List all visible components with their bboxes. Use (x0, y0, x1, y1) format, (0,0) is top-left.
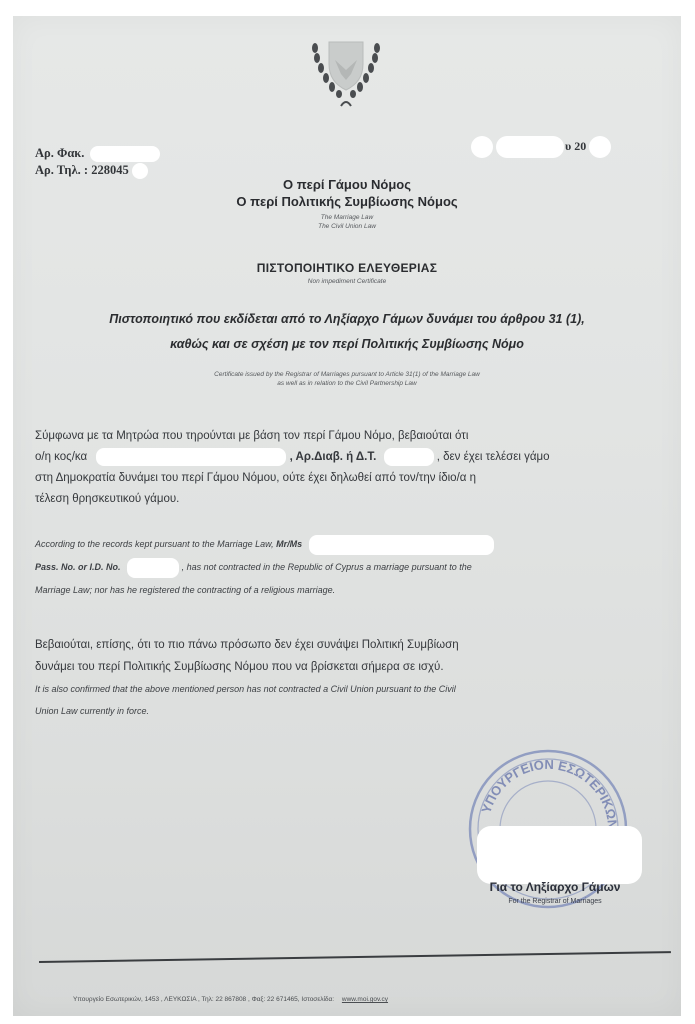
civil-union-law-title-en: The Civil Union Law (13, 223, 681, 230)
person-title-label: ο/η κος/κα (35, 451, 87, 463)
redacted-date-month (496, 136, 564, 158)
statement-line: Βεβαιούται, επίσης, ότι το πιο πάνω πρόσ… (35, 634, 665, 656)
file-number: Αρ. Φακ. (35, 146, 160, 162)
telephone-label: Αρ. Τηλ. (35, 163, 81, 177)
footer-contact: Υπουργείο Εσωτερικών, 1453 , ΛΕΥΚΩΣΙΑ , … (73, 996, 653, 1003)
statement-line: δυνάμει του περί Πολιτικής Συμβίωσης Νόμ… (35, 656, 665, 678)
certificate-title: ΠΙΣΤΟΠΟΙΗΤΙΚΟ ΕΛΕΥΘΕΡΙΑΣ (13, 261, 681, 275)
file-number-label: Αρ. Φακ. (35, 146, 84, 160)
marriage-law-title: Ο περί Γάμου Νόμος (13, 177, 681, 192)
passport-id-label-en: Pass. No. or I.D. No. (35, 562, 121, 572)
greek-marriage-statement: Σύμφωνα με τα Μητρώα που τηρούνται με βά… (35, 426, 665, 510)
redacted-signature (477, 826, 642, 884)
statement-line: According to the records kept pursuant t… (35, 533, 665, 556)
marriage-law-title-en: The Marriage Law (13, 214, 681, 221)
footer-website-link[interactable]: www.moi.gov.cy (342, 996, 388, 1003)
redacted-passport-id (384, 448, 434, 466)
issued-under-en-line-1: Certificate issued by the Registrar of M… (13, 371, 681, 378)
footer-divider (39, 951, 671, 963)
redacted-date-year (589, 136, 611, 158)
statement-line: It is also confirmed that the above ment… (35, 678, 665, 700)
english-marriage-statement: According to the records kept pursuant t… (35, 533, 665, 602)
statement-line: τέλεση θρησκευτικού γάμου. (35, 489, 665, 510)
for-registrar-label: Για το Ληξίαρχο Γάμων (465, 880, 645, 894)
redacted-person-name (96, 448, 286, 466)
telephone-value: : 228045 (84, 163, 129, 177)
civil-union-law-title: Ο περί Πολιτικής Συμβίωσης Νόμος (13, 194, 681, 209)
civil-union-statement: Βεβαιούται, επίσης, ότι το πιο πάνω πρόσ… (35, 634, 665, 722)
certificate-page: Αρ. Φακ. Αρ. Τηλ. : 228045 υ 20 Ο περί Γ… (13, 16, 681, 1016)
redacted-file-number (90, 146, 160, 162)
issued-under-line-2: καθώς και σε σχέση με τον περί Πολιτικής… (13, 337, 681, 351)
issued-under-en-line-2: as well as in relation to the Civil Part… (13, 380, 681, 387)
person-title-label-en: Mr/Ms (276, 539, 302, 549)
for-registrar-label-en: For the Registrar of Marriages (465, 898, 645, 905)
redacted-passport-id-en (127, 558, 179, 578)
statement-line: Σύμφωνα με τα Μητρώα που τηρούνται με βά… (35, 426, 665, 447)
issued-under-line-1: Πιστοποιητικό που εκδίδεται από το Ληξία… (13, 312, 681, 326)
statement-line: Union Law currently in force. (35, 700, 665, 722)
issue-date: υ 20 (471, 136, 621, 158)
statement-line: Marriage Law; nor has he registered the … (35, 579, 665, 602)
statement-line: στη Δημοκρατία δυνάμει του περί Γάμου Νό… (35, 468, 665, 489)
statement-text: , has not contracted in the Republic of … (182, 562, 472, 572)
date-year-prefix: υ 20 (565, 139, 586, 154)
statement-text: , δεν έχει τελέσει γάμο (437, 451, 550, 463)
redacted-date-day (471, 136, 493, 158)
statement-line: ο/η κος/κα , Αρ.Διαβ. ή Δ.Τ. , δεν έχει … (35, 447, 665, 468)
statement-line: Pass. No. or I.D. No. , has not contract… (35, 556, 665, 579)
cyprus-coat-of-arms-icon (291, 34, 401, 114)
redacted-person-name-en (309, 535, 494, 555)
passport-id-label: , Αρ.Διαβ. ή Δ.Τ. (290, 451, 377, 463)
footer-address: Υπουργείο Εσωτερικών, 1453 , ΛΕΥΚΩΣΙΑ , … (73, 996, 334, 1003)
statement-text: According to the records kept pursuant t… (35, 539, 274, 549)
certificate-title-en: Non impediment Certificate (13, 278, 681, 285)
